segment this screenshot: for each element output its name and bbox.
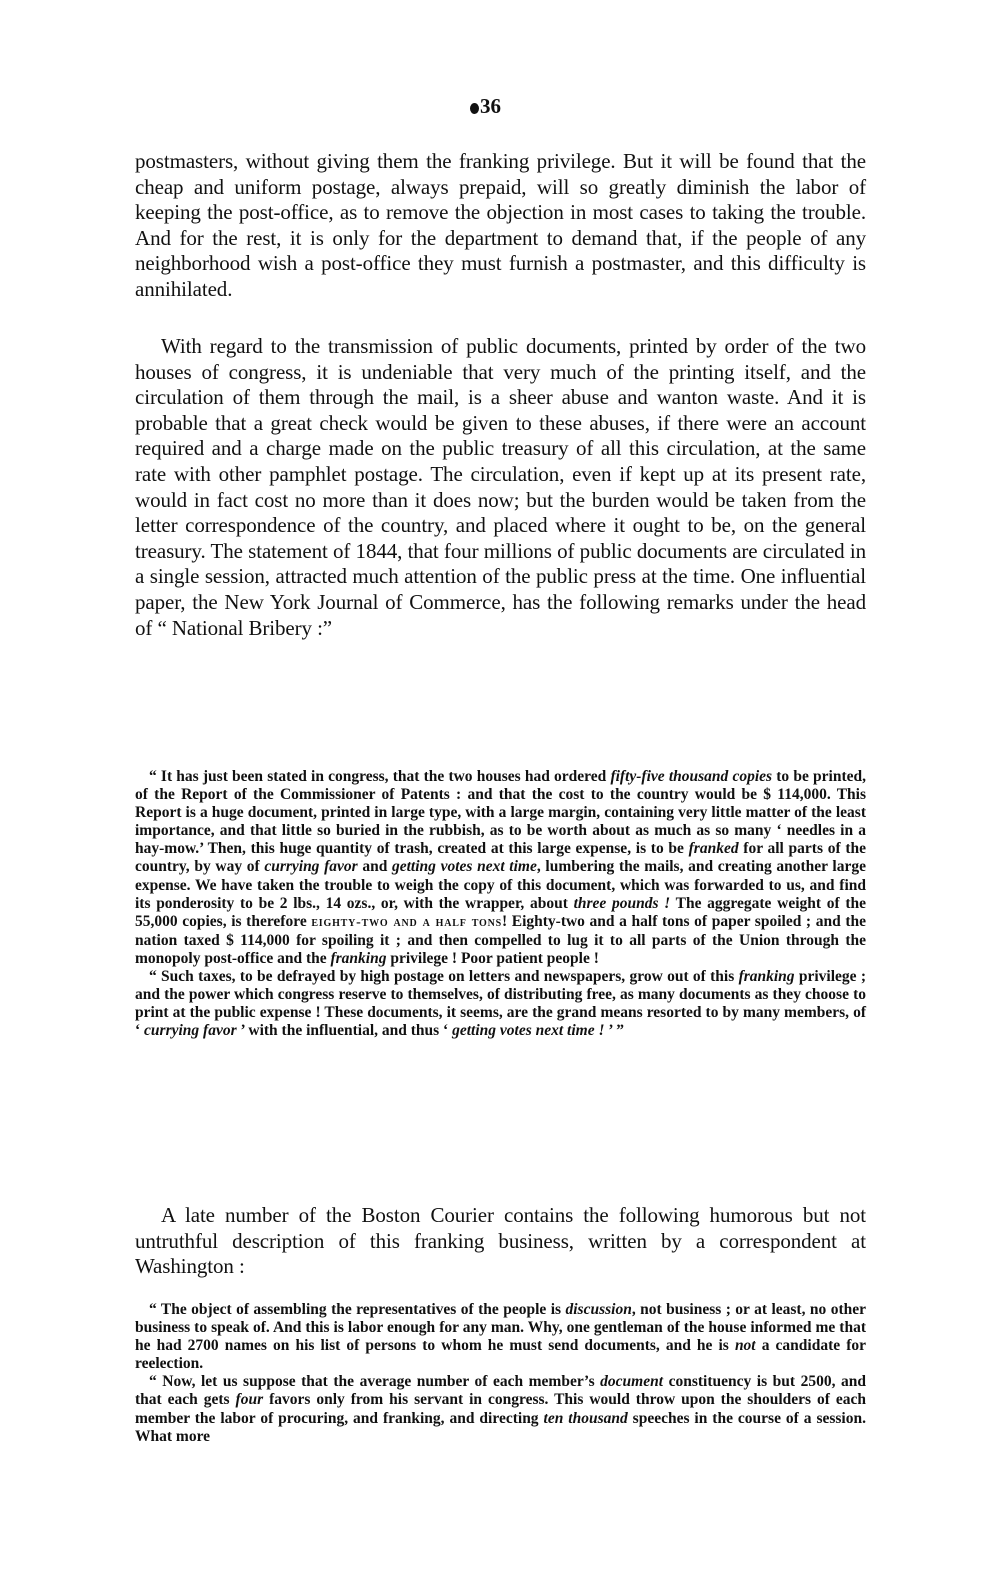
page-number: 36	[470, 94, 501, 119]
paragraph-continuation: postmasters, without giving them the fra…	[135, 149, 866, 303]
ink-blot	[470, 103, 479, 114]
block-quote-national-bribery: “ It has just been stated in congress, t…	[135, 768, 866, 1040]
block-quote-boston-courier: “ The object of assembling the represent…	[135, 1301, 866, 1446]
quote-paragraph: “ Such taxes, to be defrayed by high pos…	[135, 968, 866, 1040]
quote-paragraph: “ Now, let us suppose that the average n…	[135, 1373, 866, 1445]
quote-paragraph: “ The object of assembling the represent…	[135, 1301, 866, 1373]
quote-paragraph: “ It has just been stated in congress, t…	[135, 768, 866, 968]
paragraph-public-documents: With regard to the transmission of publi…	[135, 334, 866, 641]
paragraph-boston-courier: A late number of the Boston Courier cont…	[135, 1203, 866, 1280]
